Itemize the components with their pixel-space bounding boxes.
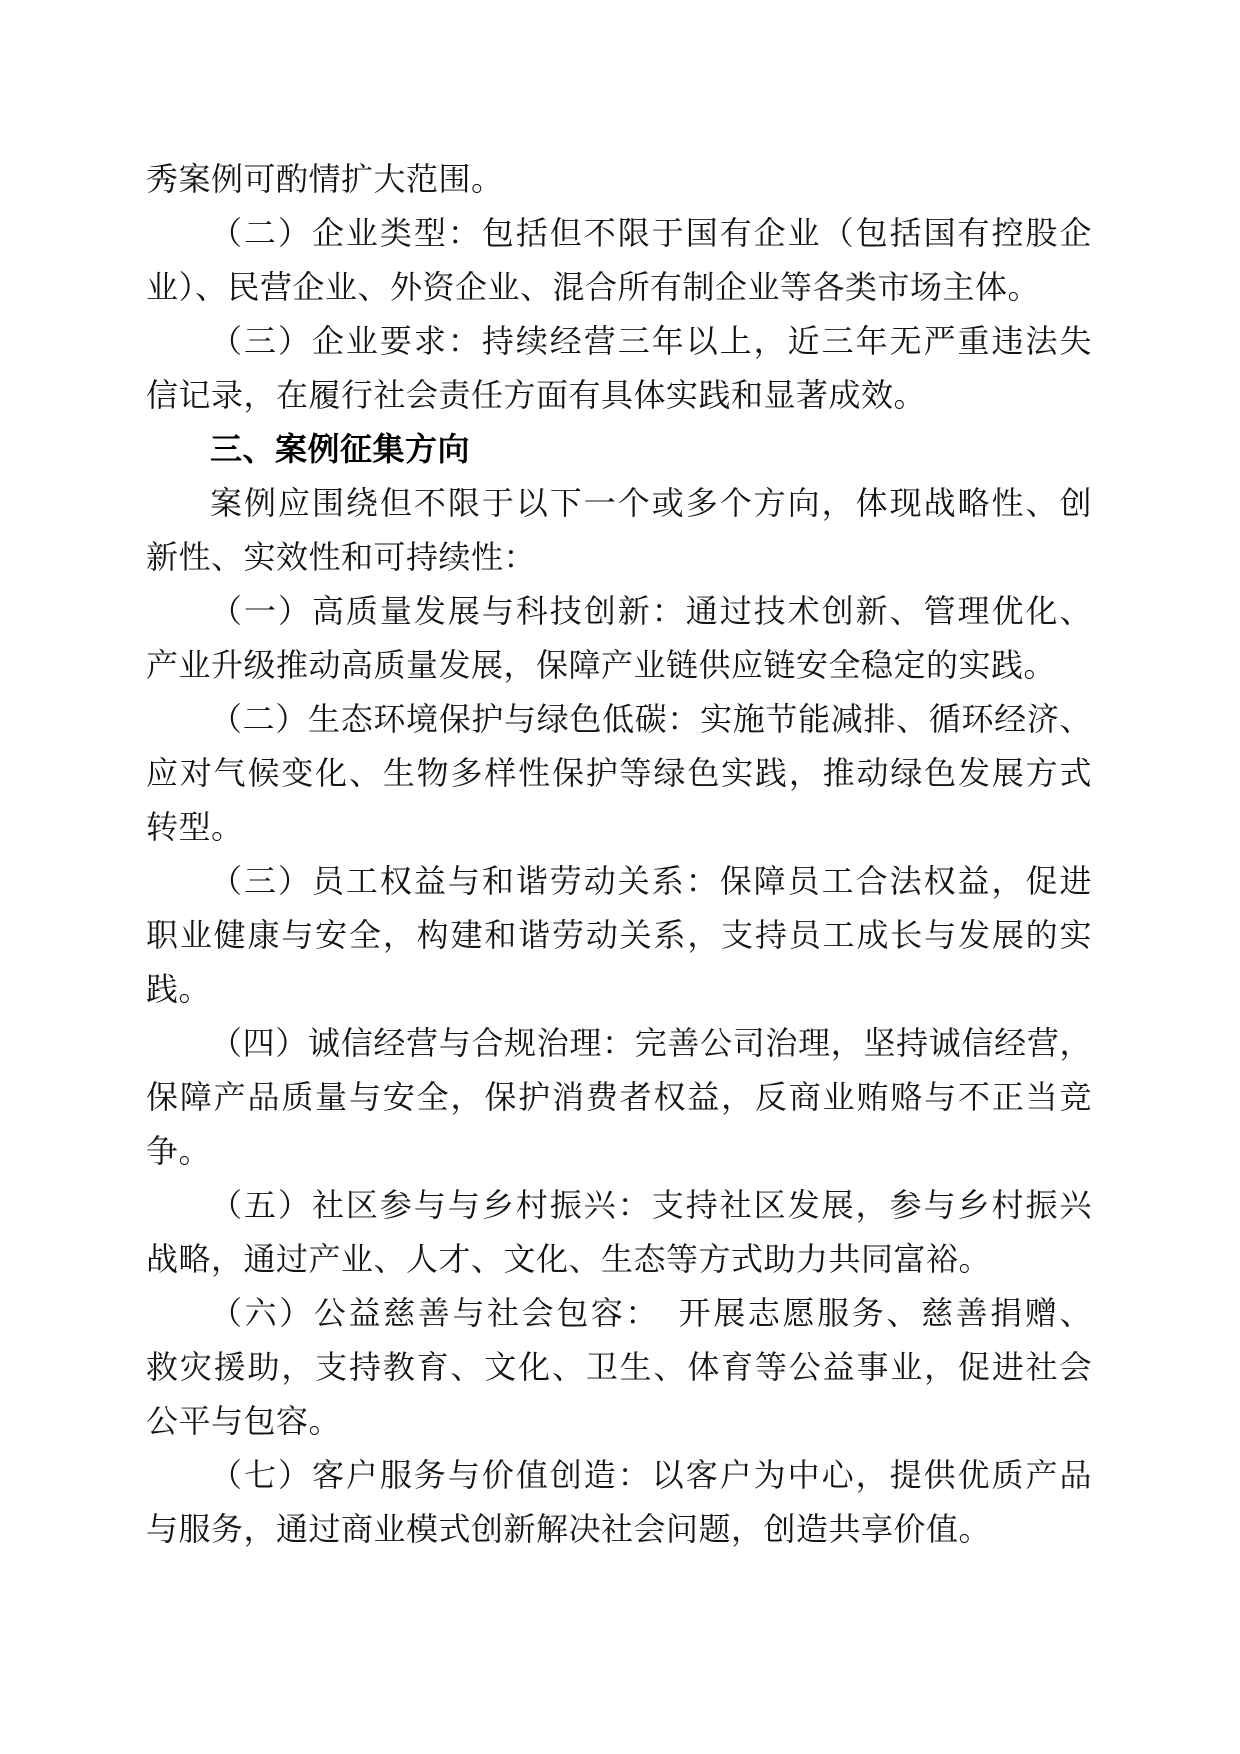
text-line: （三）员工权益与和谐劳动关系：保障员工合法权益，促进 [146, 854, 1092, 908]
text-line: 新性、实效性和可持续性： [146, 530, 1092, 584]
paragraph: （二）生态环境保护与绿色低碳：实施节能减排、循环经济、应对气候变化、生物多样性保… [146, 692, 1092, 854]
text-line: 践。 [146, 962, 1092, 1016]
section-heading: 三、案例征集方向 [146, 422, 1092, 476]
text-line: （五）社区参与与乡村振兴：支持社区发展，参与乡村振兴 [146, 1178, 1092, 1232]
heading-text-line: 三、案例征集方向 [146, 422, 1092, 476]
paragraph: （三）员工权益与和谐劳动关系：保障员工合法权益，促进职业健康与安全，构建和谐劳动… [146, 854, 1092, 1016]
paragraph: 案例应围绕但不限于以下一个或多个方向，体现战略性、创新性、实效性和可持续性： [146, 476, 1092, 584]
paragraph: （六）公益慈善与社会包容： 开展志愿服务、慈善捐赠、救灾援助，支持教育、文化、卫… [146, 1286, 1092, 1448]
text-line: 保障产品质量与安全，保护消费者权益，反商业贿赂与不正当竞 [146, 1070, 1092, 1124]
text-line: 公平与包容。 [146, 1394, 1092, 1448]
text-line: 救灾援助，支持教育、文化、卫生、体育等公益事业，促进社会 [146, 1340, 1092, 1394]
paragraph: （二）企业类型：包括但不限于国有企业（包括国有控股企业）、民营企业、外资企业、混… [146, 206, 1092, 314]
text-line: （二）生态环境保护与绿色低碳：实施节能减排、循环经济、 [146, 692, 1092, 746]
paragraph: （七）客户服务与价值创造：以客户为中心，提供优质产品与服务，通过商业模式创新解决… [146, 1448, 1092, 1556]
document-body: 秀案例可酌情扩大范围。（二）企业类型：包括但不限于国有企业（包括国有控股企业）、… [146, 152, 1092, 1556]
paragraph: （三）企业要求：持续经营三年以上，近三年无严重违法失信记录，在履行社会责任方面有… [146, 314, 1092, 422]
text-line: 争。 [146, 1124, 1092, 1178]
paragraph: （五）社区参与与乡村振兴：支持社区发展，参与乡村振兴战略，通过产业、人才、文化、… [146, 1178, 1092, 1286]
text-line: 信记录，在履行社会责任方面有具体实践和显著成效。 [146, 368, 1092, 422]
text-line: 应对气候变化、生物多样性保护等绿色实践，推动绿色发展方式 [146, 746, 1092, 800]
text-line: （三）企业要求：持续经营三年以上，近三年无严重违法失 [146, 314, 1092, 368]
text-line: 秀案例可酌情扩大范围。 [146, 152, 1092, 206]
text-line: （一）高质量发展与科技创新：通过技术创新、管理优化、 [146, 584, 1092, 638]
text-line: 战略，通过产业、人才、文化、生态等方式助力共同富裕。 [146, 1232, 1092, 1286]
text-line: 职业健康与安全，构建和谐劳动关系，支持员工成长与发展的实 [146, 908, 1092, 962]
text-line: 与服务，通过商业模式创新解决社会问题，创造共享价值。 [146, 1502, 1092, 1556]
text-line: 产业升级推动高质量发展，保障产业链供应链安全稳定的实践。 [146, 638, 1092, 692]
text-line: 转型。 [146, 800, 1092, 854]
paragraph: （四）诚信经营与合规治理：完善公司治理，坚持诚信经营，保障产品质量与安全，保护消… [146, 1016, 1092, 1178]
text-line: （七）客户服务与价值创造：以客户为中心，提供优质产品 [146, 1448, 1092, 1502]
text-line: （二）企业类型：包括但不限于国有企业（包括国有控股企 [146, 206, 1092, 260]
paragraph: 秀案例可酌情扩大范围。 [146, 152, 1092, 206]
paragraph: （一）高质量发展与科技创新：通过技术创新、管理优化、产业升级推动高质量发展，保障… [146, 584, 1092, 692]
text-line: 业）、民营企业、外资企业、混合所有制企业等各类市场主体。 [146, 260, 1092, 314]
document-page: 秀案例可酌情扩大范围。（二）企业类型：包括但不限于国有企业（包括国有控股企业）、… [0, 0, 1240, 1754]
text-line: （四）诚信经营与合规治理：完善公司治理，坚持诚信经营， [146, 1016, 1092, 1070]
text-line: 案例应围绕但不限于以下一个或多个方向，体现战略性、创 [146, 476, 1092, 530]
text-line: （六）公益慈善与社会包容： 开展志愿服务、慈善捐赠、 [146, 1286, 1092, 1340]
